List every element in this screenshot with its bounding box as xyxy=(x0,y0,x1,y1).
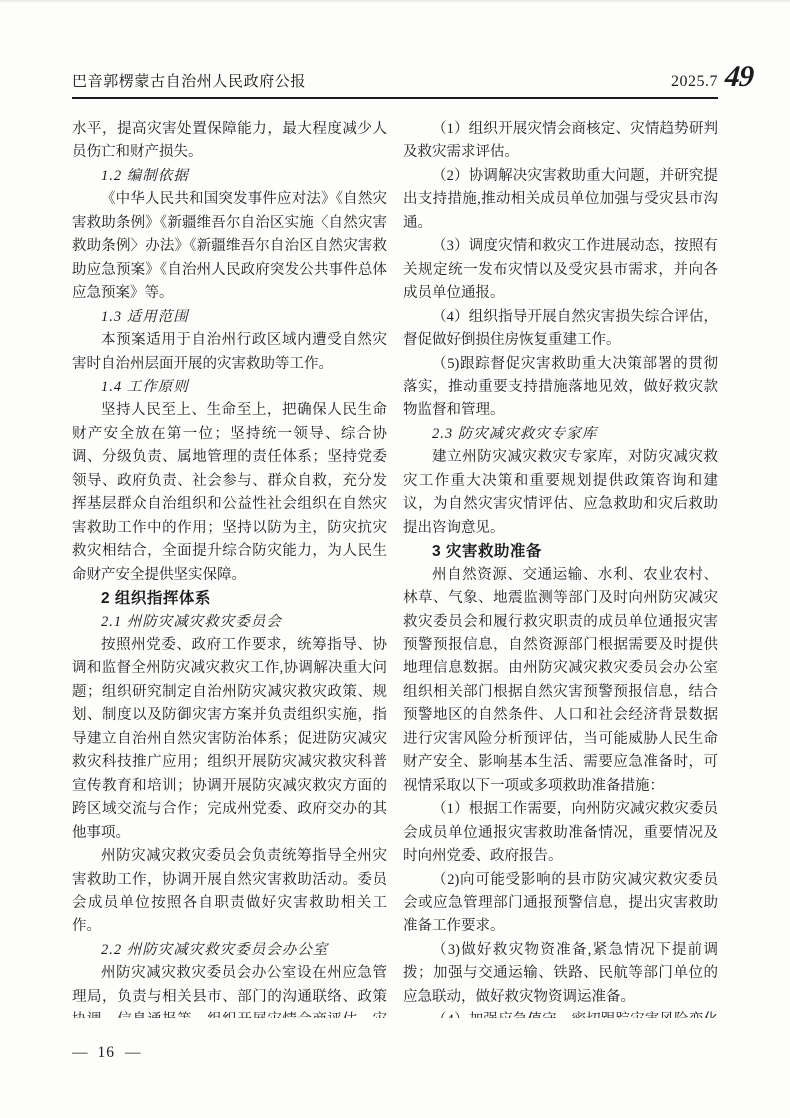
header-issue-info: 2025.7 49 xyxy=(671,62,753,92)
paragraph: （3）调度灾情和救灾工作进展动态，按照有关规定统一发布灾情以及受灾县市需求，并向… xyxy=(403,235,718,305)
section-heading: 2 组织指挥体系 xyxy=(72,587,387,610)
subsection-heading: 2.2 州防灾减灾救灾委员会办公室 xyxy=(72,939,387,962)
paragraph: （4）加强应急值守，密切跟踪灾害风险变化和 xyxy=(403,1009,718,1018)
paragraph: （2)向可能受影响的县市防灾减灾救灾委员会或应急管理部门通报预警信息，提出灾害救… xyxy=(403,869,718,939)
document-body: 水平，提高灾害处置保障能力，最大程度减少人员伤亡和财产损失。1.2 编制依据《中… xyxy=(72,118,718,1018)
paragraph: （1）组织开展灾情会商核定、灾情趋势研判及救灾需求评估。 xyxy=(403,118,718,165)
right-column: （1）组织开展灾情会商核定、灾情趋势研判及救灾需求评估。（2）协调解决灾害救助重… xyxy=(403,118,718,1018)
paragraph: 州防灾减灾救灾委员会负责统筹指导全州灾害救助工作，协调开展自然灾害救助活动。委员… xyxy=(72,845,387,939)
paragraph: （2）协调解决灾害救助重大问题，并研究提出支持措施,推动相关成员单位加强与受灾县… xyxy=(403,165,718,235)
issue-number: 49 xyxy=(724,62,754,92)
paragraph: （3)做好救灾物资准备,紧急情况下提前调拨；加强与交通运输、铁路、民航等部门单位… xyxy=(403,939,718,1009)
header-row: 巴音郭楞蒙古自治州人民政府公报 2025.7 49 xyxy=(72,62,718,92)
paragraph: 州防灾减灾救灾委员会办公室设在州应急管理局，负责与相关县市、部门的沟通联络、政策… xyxy=(72,962,387,1018)
paragraph: （5)跟踪督促灾害救助重大决策部署的贯彻落实，推动重要支持措施落地见效，做好救灾… xyxy=(403,353,718,423)
section-heading: 3 灾害救助准备 xyxy=(403,540,718,563)
paragraph: 建立州防灾减灾救灾专家库，对防灾减灾救灾工作重大决策和重要规划提供政策咨询和建议… xyxy=(403,446,718,540)
gazette-page: 巴音郭楞蒙古自治州人民政府公报 2025.7 49 水平，提高灾害处置保障能力，… xyxy=(0,0,790,1118)
page-number: — 16 — xyxy=(72,1044,141,1062)
paragraph: 按照州党委、政府工作要求，统筹指导、协调和监督全州防灾减灾救灾工作,协调解决重大… xyxy=(72,634,387,845)
page-number-left-dash: — xyxy=(72,1044,88,1062)
scan-edge-artifact xyxy=(0,0,790,2)
subsection-heading: 2.3 防灾减灾救灾专家库 xyxy=(403,423,718,446)
subsection-heading: 1.4 工作原则 xyxy=(72,376,387,399)
subsection-heading: 2.1 州防灾减灾救灾委员会 xyxy=(72,611,387,634)
page-header: 巴音郭楞蒙古自治州人民政府公报 2025.7 49 xyxy=(72,62,718,99)
left-column: 水平，提高灾害处置保障能力，最大程度减少人员伤亡和财产损失。1.2 编制依据《中… xyxy=(72,118,387,1018)
paragraph: 本预案适用于自治州行政区域内遭受自然灾害时自治州层面开展的灾害救助等工作。 xyxy=(72,329,387,376)
issue-date: 2025.7 xyxy=(671,73,718,91)
subsection-heading: 1.3 适用范围 xyxy=(72,306,387,329)
page-number-value: 16 xyxy=(98,1044,116,1062)
paragraph: （1）根据工作需要，向州防灾减灾救灾委员会成员单位通报灾害救助准备情况，重要情况… xyxy=(403,798,718,868)
paragraph: （4）组织指导开展自然灾害损失综合评估，督促做好倒损住房恢复重建工作。 xyxy=(403,306,718,353)
paragraph: 坚持人民至上、生命至上，把确保人民生命财产安全放在第一位；坚持统一领导、综合协调… xyxy=(72,399,387,587)
page-number-right-dash: — xyxy=(125,1044,141,1062)
paragraph: 水平，提高灾害处置保障能力，最大程度减少人员伤亡和财产损失。 xyxy=(72,118,387,165)
paragraph: 州自然资源、交通运输、水利、农业农村、林草、气象、地震监测等部门及时向州防灾减灾… xyxy=(403,564,718,799)
page-footer: — 16 — xyxy=(72,1044,141,1062)
gazette-title: 巴音郭楞蒙古自治州人民政府公报 xyxy=(72,70,306,91)
paragraph: 《中华人民共和国突发事件应对法》《自然灾害救助条例》《新疆维吾尔自治区实施〈自然… xyxy=(72,188,387,305)
subsection-heading: 1.2 编制依据 xyxy=(72,165,387,188)
header-rule xyxy=(72,97,718,99)
